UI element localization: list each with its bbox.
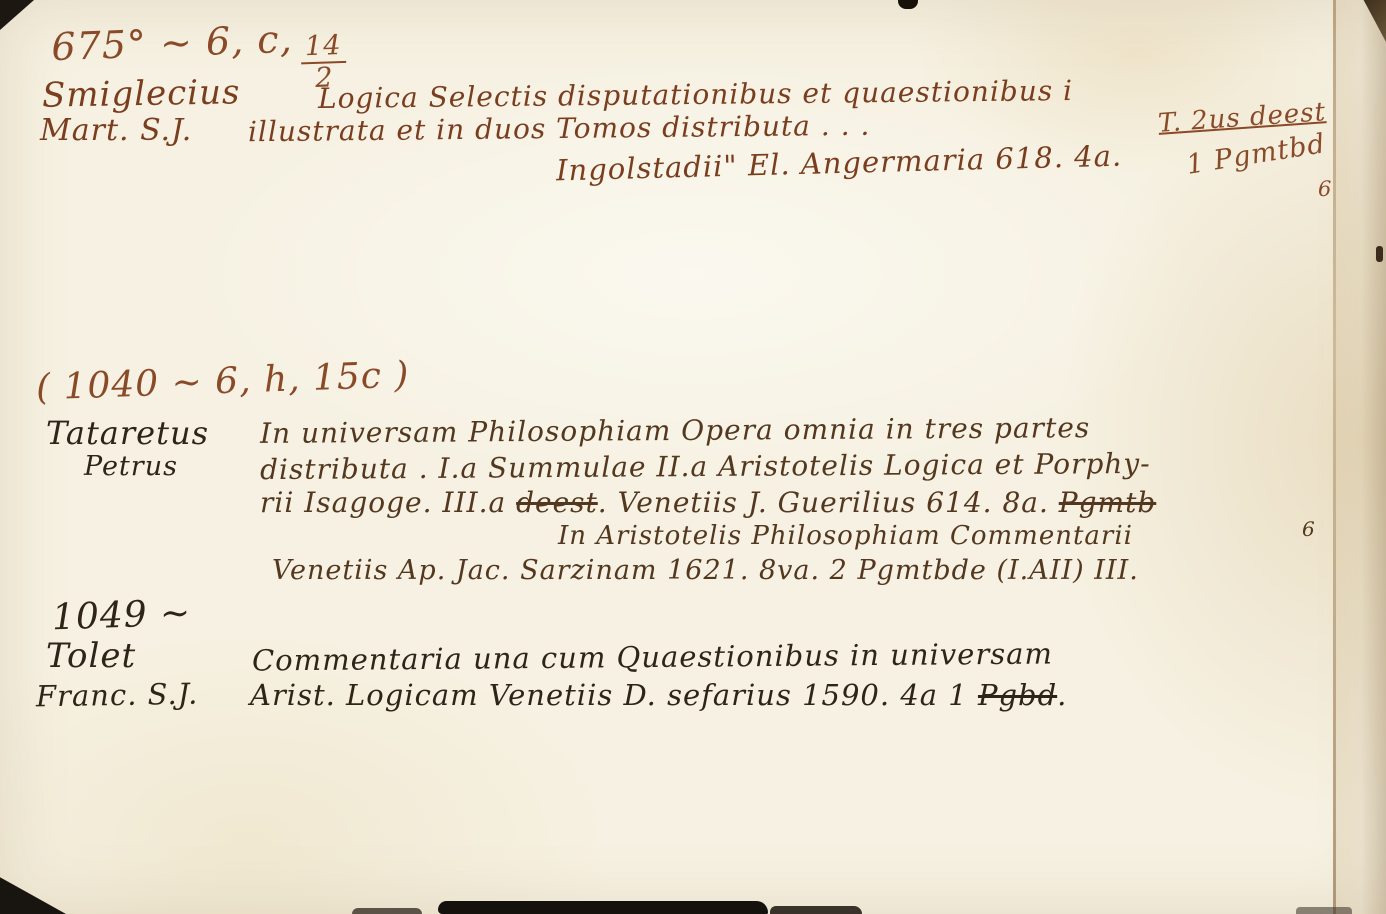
entry2-deleted-word: deest [516, 486, 598, 519]
entry1-binding-count: 6 [1318, 178, 1332, 201]
scan-mark-bottom-right [1296, 907, 1352, 914]
entry2-author-line1: Tataretus [46, 416, 209, 451]
entry3-title-line1: Commentaria una cum Quaestionibus in uni… [252, 639, 1053, 678]
entry1-imprint-line: Ingolstadii" El. Angermaria 618. 4a. [556, 141, 1123, 188]
entry2-title-line1: In universam Philosophiam Opera omnia in… [260, 413, 1090, 450]
entry1-title-line2: illustrata et in duos Tomos distributa .… [248, 111, 871, 148]
entry1-author-line2: Mart. S.J. [40, 114, 192, 147]
entry1-shelfmark-text: 675° ~ 6, c, [51, 17, 294, 69]
scan-mark-bottom-band-3 [352, 908, 422, 914]
entry2-shelfmark: ( 1040 ~ 6, h, 15c ) [35, 355, 410, 408]
entry2-deleted-binding: Pgmtb [1059, 486, 1157, 519]
entry3-shelfmark: 1049 ~ [51, 594, 192, 638]
entry3-author-line1: Tolet [46, 638, 136, 675]
scan-mark-bottom-left [0, 868, 66, 914]
page-fold-shading [1336, 0, 1386, 914]
entry2-title-line2: distributa . I.a Summulae II.a Aristotel… [260, 449, 1151, 486]
page-fold-line [1333, 0, 1336, 914]
scan-speck-right-edge [1376, 246, 1383, 262]
scan-mark-bottom-band [438, 901, 768, 914]
entry2-title-line4: In Aristotelis Philosophiam Commentarii [558, 522, 1133, 551]
entry3-title-line2-end: . [1057, 678, 1067, 712]
manuscript-page: 675° ~ 6, c,142 Smiglecius Mart. S.J. Lo… [0, 0, 1386, 914]
entry3-title-line2: Arist. Logicam Venetiis D. sefarius 1590… [250, 680, 1067, 712]
entry2-binding-count: 6 [1302, 518, 1316, 540]
entry2-title-line3: rii Isagoge. III.a deest. Venetiis J. Gu… [260, 488, 1156, 519]
entry1-binding-note: 1 Pgmtbd [1185, 129, 1328, 180]
entry2-author-line2: Petrus [84, 452, 178, 482]
scan-mark-top-edge [898, 0, 918, 9]
entry2-imprint-line: Venetiis Ap. Jac. Sarzinam 1621. 8va. 2 … [272, 556, 1139, 586]
fraction-numerator: 14 [300, 32, 346, 65]
entry3-deleted-binding: Pgbd [978, 678, 1057, 712]
entry1-author-line1: Smiglecius [42, 74, 241, 115]
entry3-title-line2-pre: Arist. Logicam Venetiis D. sefarius 1590… [250, 678, 978, 712]
scan-mark-top-left [0, 0, 34, 30]
entry2-title-line3-pre: rii Isagoge. III.a [260, 486, 516, 519]
entry1-title-line1: Logica Selectis disputationibus et quaes… [318, 76, 1073, 115]
entry2-title-line3-mid: . Venetiis J. Guerilius 614. 8a. [598, 486, 1059, 519]
scan-mark-bottom-band-2 [770, 906, 862, 914]
entry3-author-line2: Franc. S.J. [36, 679, 199, 714]
